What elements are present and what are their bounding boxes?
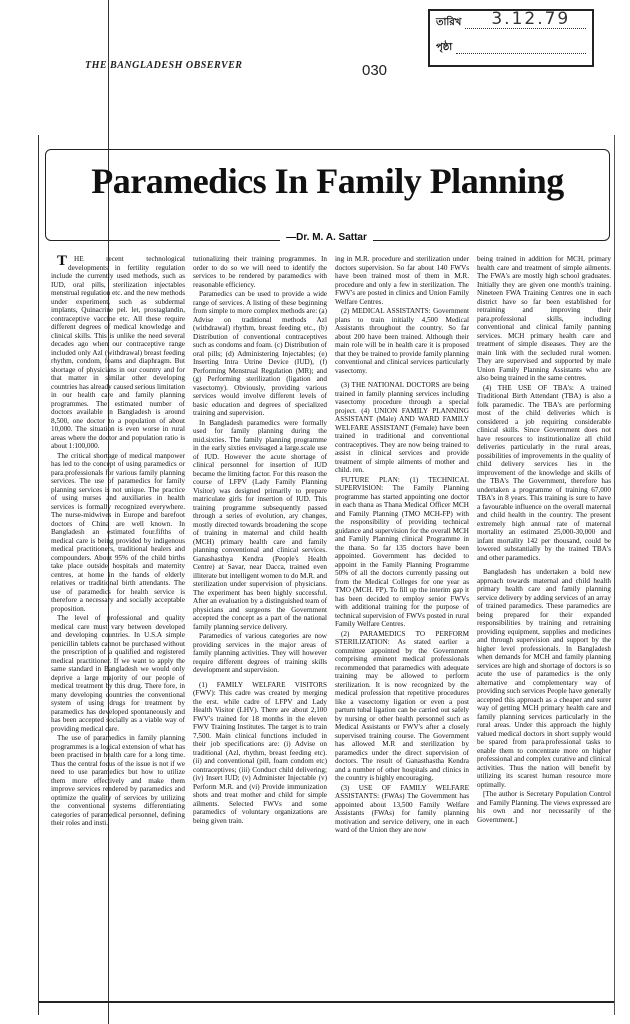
author-note: [The author is Secretary Population Cont… (477, 790, 611, 824)
paragraph: Bangladesh has undertaken a bold new app… (477, 568, 611, 789)
date-stamp-date-row: তারিখ 3.12.79 (430, 11, 592, 36)
paragraph: ing in M.R. procedure and sterilization … (335, 255, 469, 306)
paragraph: The level of professional and quality me… (51, 614, 185, 733)
byline: —Dr. M. A. Sattar (39, 232, 614, 243)
bottom-rule (39, 1001, 614, 1003)
date-stamp: তারিখ 3.12.79 পৃষ্ঠা (428, 9, 594, 67)
paragraph: THE recent technological developments in… (51, 255, 185, 451)
headline-box: Paramedics In Family Planning (45, 149, 610, 241)
paragraph: (2) PARAMEDICS TO PERFORM STERILIZATION:… (335, 630, 469, 783)
paragraph: (3) THE NATIONAL DOCTORS are being train… (335, 381, 469, 475)
column-4: being trained in addition for MCH, prima… (477, 255, 611, 995)
paragraph: (1) FAMILY WELFARE VISITORS (FWV): This … (193, 681, 327, 826)
paragraph: Paramedics can be used to provide a wide… (193, 290, 327, 418)
date-value: 3.12.79 (491, 9, 570, 29)
date-label: তারিখ (436, 15, 461, 32)
date-stamp-page-row: পৃষ্ঠা (430, 36, 592, 61)
paragraph: being trained in addition for MCH, prima… (477, 255, 611, 383)
paragraph: (3) USE OF FAMILY WELFARE ASSISTANTS: (F… (335, 784, 469, 835)
paragraph: The use of paramedics in family planning… (51, 734, 185, 828)
page-number: 030 (362, 62, 387, 79)
paragraph: tutionalizing their training programmes.… (193, 255, 327, 289)
paragraph: Paramedics of various categories are now… (193, 632, 327, 675)
paragraph: FUTURE PLAN: (1) TECHNICAL SUPERVISION: … (335, 476, 469, 629)
paragraph: In Bangladesh paramedics were formally u… (193, 419, 327, 632)
paragraph: The critical shortage of medical manpowe… (51, 452, 185, 614)
column-1: THE recent technological developments in… (51, 255, 185, 995)
article-clipping: Paramedics In Family Planning —Dr. M. A.… (38, 135, 615, 1015)
paragraph: (4) THE USE OF TBA's: A trained Traditio… (477, 384, 611, 563)
paragraph: (2) MEDICAL ASSISTANTS: Government plans… (335, 307, 469, 375)
page-label: পৃষ্ঠা (436, 40, 452, 57)
column-2: tutionalizing their training programmes.… (193, 255, 327, 995)
column-3: ing in M.R. procedure and sterilization … (335, 255, 469, 995)
article-body: THE recent technological developments in… (51, 255, 611, 995)
article-title: Paramedics In Family Planning (46, 160, 609, 202)
